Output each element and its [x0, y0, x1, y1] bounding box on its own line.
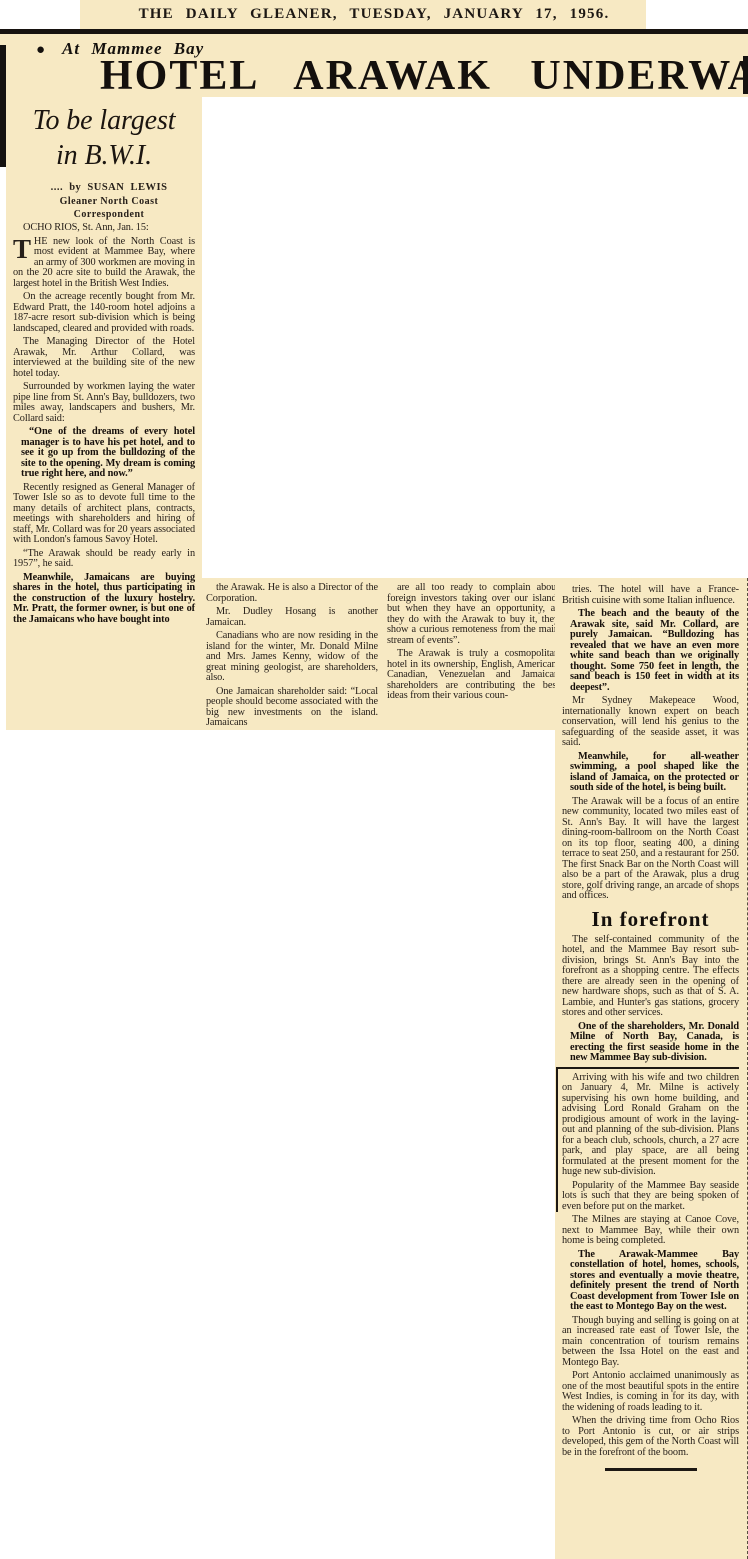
deck-line-2: in B.W.I. — [13, 138, 195, 173]
paragraph: The self-contained community of the hote… — [562, 935, 739, 1019]
quote-paragraph: The beach and the beauty of the Arawak s… — [562, 609, 739, 693]
byline: .... by SUSAN LEWIS — [13, 183, 195, 194]
paragraph: are all too ready to complain about fore… — [387, 583, 559, 646]
deck-headline: To be largest in B.W.I. — [13, 103, 195, 173]
paragraph: Popularity of the Mammee Bay seaside lot… — [562, 1181, 739, 1213]
column-two: the Arawak. He is also a Director of the… — [206, 583, 378, 730]
byline-org-1: Gleaner North Coast — [13, 197, 195, 207]
drop-cap: T — [13, 237, 34, 261]
paragraph: tries. The hotel will have a France-Brit… — [562, 585, 739, 606]
paragraph: One Jamaican shareholder said: “Local pe… — [206, 687, 378, 729]
ruled-section: Arriving with his wife and two children … — [556, 1067, 739, 1213]
paragraph: On the acreage recently bought from Mr. … — [13, 292, 195, 334]
left-column: To be largest in B.W.I. .... by SUSAN LE… — [6, 97, 202, 730]
paragraph: Meanwhile, for all-weather swimming, a p… — [562, 752, 739, 794]
newspaper-page: { "paper_color": "#f7e9c3", "ink_color":… — [0, 0, 748, 1559]
paragraph: The Milnes are staying at Canoe Cove, ne… — [562, 1215, 739, 1247]
paragraph: Meanwhile, Jamaicans are buying shares i… — [13, 573, 195, 626]
paragraph: Arriving with his wife and two children … — [562, 1073, 739, 1178]
paragraph: Recently resigned as General Manager of … — [13, 483, 195, 546]
main-headline: HOTEL ARAWAK UNDERWAY — [100, 52, 748, 100]
paragraph: “The Arawak should be ready early in 195… — [13, 549, 195, 570]
paragraph: The Managing Director of the Hotel Arawa… — [13, 337, 195, 379]
column-three: are all too ready to complain about fore… — [387, 583, 559, 730]
paragraph: The Arawak-Mammee Bay constellation of h… — [562, 1250, 739, 1313]
paragraph: One of the shareholders, Mr. Donald Miln… — [562, 1022, 739, 1064]
paragraph: When the driving time from Ocho Rios to … — [562, 1416, 739, 1458]
paragraph: Surrounded by workmen laying the water p… — [13, 382, 195, 424]
byline-org-2: Correspondent — [13, 210, 195, 220]
end-of-article-rule — [605, 1468, 697, 1471]
paragraph: Canadians who are now residing in the is… — [206, 631, 378, 684]
lead-text: HE new look of the North Coast is most e… — [13, 236, 195, 289]
bullet-icon: ● — [36, 42, 46, 58]
section-subhead: In forefront — [562, 909, 739, 930]
paragraph: Mr Sydney Makepeace Wood, internationall… — [562, 696, 739, 749]
paragraph: the Arawak. He is also a Director of the… — [206, 583, 378, 604]
paragraph: Port Antonio acclaimed unanimously as on… — [562, 1371, 739, 1413]
quote-paragraph: “One of the dreams of every hotel manage… — [13, 427, 195, 480]
deck-line-1: To be largest — [13, 103, 195, 138]
right-edge-bar — [743, 56, 748, 94]
right-column: tries. The hotel will have a France-Brit… — [555, 578, 748, 1559]
headline-band: ●At Mammee Bay HOTEL ARAWAK UNDERWAY — [0, 34, 748, 97]
paragraph: Though buying and selling is going on at… — [562, 1316, 739, 1369]
paragraph: The Arawak is truly a cosmopolitan hotel… — [387, 649, 559, 702]
middle-columns: the Arawak. He is also a Director of the… — [202, 578, 562, 730]
paragraph: Mr. Dudley Hosang is another Jamaican. — [206, 607, 378, 628]
paragraph: The Arawak will be a focus of an entire … — [562, 797, 739, 902]
newspaper-masthead: THE DAILY GLEANER, TUESDAY, JANUARY 17, … — [0, 6, 748, 23]
dateline: OCHO RIOS, St. Ann, Jan. 15: — [13, 223, 195, 234]
lead-paragraph: THE new look of the North Coast is most … — [13, 237, 195, 290]
